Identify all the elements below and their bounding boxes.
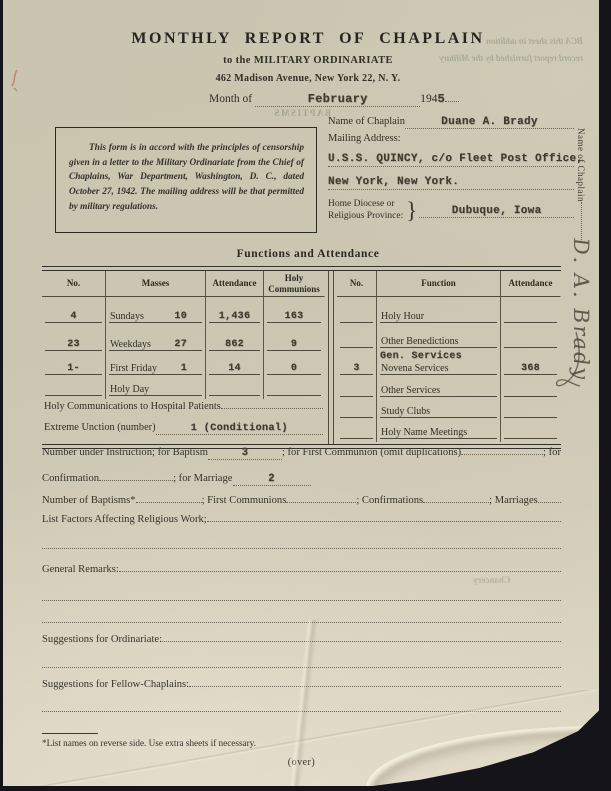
col-header-attendance: Attendance [206, 271, 264, 297]
first-communions-field [286, 502, 356, 503]
col-header-attendance: Attendance [501, 271, 561, 297]
hospital-communions-line: Holy Communications to Hospital Patients [42, 401, 325, 422]
censorship-notice-box: This form is in accord with the principl… [55, 127, 317, 233]
form-title: MONTHLY REPORT OF CHAPLAIN [43, 30, 573, 48]
diocese-value: Dubuque, Iowa [452, 205, 542, 217]
year-printed: 194 [420, 93, 437, 105]
functions-table: No. Function Attendance Holy Hour Other … [337, 271, 561, 444]
blank-line [42, 622, 561, 623]
red-pencil-mark [8, 68, 24, 94]
table-row: 1- First Friday1 14 0 [42, 354, 325, 378]
mailing-address-line1: U.S.S. QUINCY, c/o Fleet Post Office, [328, 153, 574, 167]
month-field: February [255, 92, 420, 107]
table-row: Study Clubs [337, 400, 561, 421]
form-subtitle: to the MILITARY ORDINARIATE [43, 55, 573, 66]
typed-overstrike: Gen. Services [380, 351, 462, 362]
extreme-unction-line: Extreme Unction (number) 1 (Conditional) [42, 422, 325, 444]
footnote-rule [42, 733, 98, 734]
vertical-name-of-chaplain-label: Name of Chaplain [576, 128, 586, 242]
diocese-field: Dubuque, Iowa [419, 205, 574, 218]
year-typed: 5 [437, 92, 445, 106]
factors-field [207, 521, 561, 522]
table-row: Holy Name Meetings [337, 421, 561, 442]
diocese-line: Home Diocese or Religious Province: } Du… [328, 198, 574, 224]
table-row: 3 Gen. ServicesNovena Services 368 [337, 351, 561, 378]
table-row: Holy Day [42, 378, 325, 399]
col-header-no: No. [337, 271, 377, 297]
marriages-field [538, 502, 561, 503]
form-header: MONTHLY REPORT OF CHAPLAIN to the MILITA… [43, 30, 573, 84]
chaplain-info: Name of Chaplain Duane A. Brady Mailing … [328, 116, 574, 224]
suggestions-fellow-line: Suggestions for Fellow-Chaplains: [42, 679, 561, 690]
baptism-instruction-field: 3 [208, 447, 282, 460]
table-row: Other Services [337, 378, 561, 400]
blank-line [42, 548, 561, 549]
table-row: Other Benedictions [337, 326, 561, 351]
table-row: 23 Weekdays27 862 9 [42, 326, 325, 354]
suggestions-fellow-field [189, 686, 561, 687]
month-value: February [308, 92, 368, 106]
name-value: Duane A. Brady [441, 116, 538, 128]
col-header-no: No. [42, 271, 106, 297]
blank-line [42, 711, 561, 712]
extreme-unction-field: 1 (Conditional) [156, 422, 323, 435]
functions-attendance-table: No. Masses Attendance Holy Communions 4 … [42, 266, 561, 449]
form-fields: Number under Instruction; for Baptism 3 … [42, 447, 561, 768]
table-center-divider [328, 271, 334, 444]
first-communion-instruction-field [461, 454, 543, 455]
suggestions-ordinariate-field [162, 641, 561, 642]
confirmation-instruction-field [99, 480, 173, 481]
scanned-document: BCA this sheet in addition record report… [0, 0, 611, 791]
form-address: 462 Madison Avenue, New York 22, N. Y. [43, 73, 573, 84]
month-line: Month of February 1945 [209, 92, 459, 107]
baptisms-field [136, 502, 202, 503]
diocese-label: Home Diocese or Religious Province: [328, 199, 403, 223]
bleed-through-baptisms: BAPTISMS [273, 108, 331, 118]
mailing-address-line2: New York, New York. [328, 176, 574, 190]
year-field-tail [445, 101, 459, 102]
name-label: Name of Chaplain [328, 116, 405, 127]
instruction-line: Number under Instruction; for Baptism 3 … [42, 447, 561, 460]
name-line: Name of Chaplain Duane A. Brady [328, 116, 574, 129]
suggestions-ordinariate-line: Suggestions for Ordinariate: [42, 634, 561, 645]
table-row: 4 Sundays10 1,436 163 [42, 297, 325, 326]
confirmations-field [423, 502, 489, 503]
col-header-holy-communions: Holy Communions [264, 271, 325, 297]
censorship-notice-text: This form is in accord with the principl… [69, 143, 304, 212]
mailing-address-label: Mailing Address: [328, 133, 574, 144]
brace-glyph: } [406, 198, 417, 224]
general-remarks-field [119, 571, 561, 572]
blank-line [42, 600, 561, 601]
month-label: Month of [209, 93, 252, 105]
factors-line: List Factors Affecting Religious Work; [42, 514, 561, 525]
hospital-communions-field [221, 408, 323, 409]
general-remarks-line: General Remarks: [42, 564, 561, 575]
blank-line [42, 667, 561, 668]
table-row: Holy Hour [337, 297, 561, 326]
table-title: Functions and Attendance [43, 248, 573, 260]
col-header-masses: Masses [106, 271, 206, 297]
sacraments-line: Number of Baptisms* ; First Communions ;… [42, 495, 561, 506]
name-field: Duane A. Brady [405, 116, 574, 129]
masses-table: No. Masses Attendance Holy Communions 4 … [42, 271, 325, 444]
marriage-instruction-field: 2 [233, 473, 311, 486]
paper-sheet: BCA this sheet in addition record report… [3, 0, 599, 786]
confirmation-marriage-line: Confirmation ; for Marriage 2 [42, 473, 561, 486]
col-header-function: Function [377, 271, 501, 297]
